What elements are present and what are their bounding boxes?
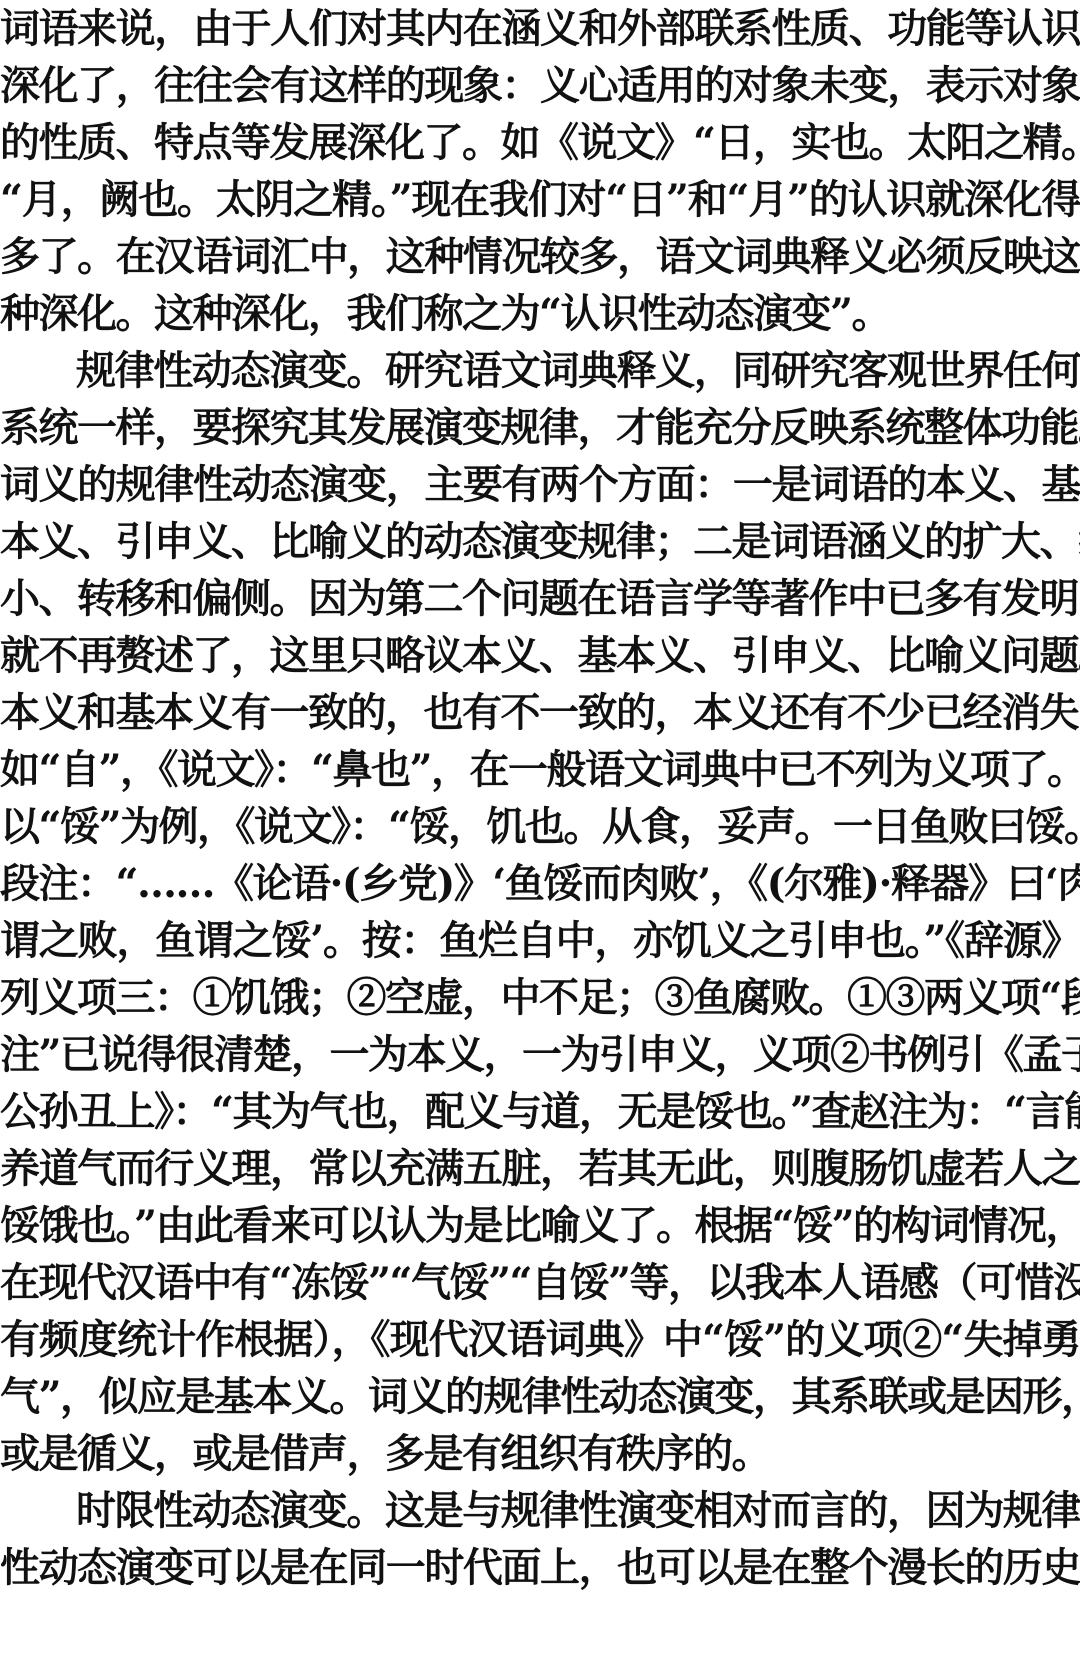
paragraph-heading-line: 规律性动态演变。研究语文词典释义，同研究客观世界任何 [0,342,1080,399]
text-line: 谓之败，鱼谓之馁’。按：鱼烂自中，亦饥义之引申也。”《辞源》 [0,912,1080,969]
text-line: 养道气而行义理，常以充满五脏，若其无此，则腹肠饥虚若人之 [0,1140,1080,1197]
text-line: 段注：“……《论语·(乡党)》‘鱼馁而肉败’，《(尔雅)·释器》曰‘肉 [0,855,1080,912]
text-line: 系统一样，要探究其发展演变规律，才能充分反映系统整体功能。 [0,399,1080,456]
text-line: 或是循义，或是借声，多是有组织有秩序的。 [0,1425,1080,1482]
text-line: 有频度统计作根据），《现代汉语词典》中“馁”的义项②“失掉勇 [0,1311,1080,1368]
text-line: 气”，似应是基本义。词义的规律性动态演变，其系联或是因形， [0,1368,1080,1425]
text-line: 以“馁”为例，《说文》：“馁，饥也。从食，妥声。一日鱼败曰馁。” [0,798,1080,855]
text-line: 馁饿也。”由此看来可以认为是比喻义了。根据“馁”的构词情况， [0,1197,1080,1254]
text-line: 如“自”，《说文》：“鼻也”，在一般语文词典中已不列为义项了。现 [0,741,1080,798]
text-line: 就不再赘述了，这里只略议本义、基本义、引申义、比喻义问题。 [0,627,1080,684]
text-line: “月，阙也。太阴之精。”现在我们对“日”和“月”的认识就深化得 [0,171,1080,228]
text-line: 种深化。这种深化，我们称之为“认识性动态演变”。 [0,285,1080,342]
text-line: 词语来说，由于人们对其内在涵义和外部联系性质、功能等认识 [0,0,1080,57]
text-line: 多了。在汉语词汇中，这种情况较多，语文词典释义必须反映这 [0,228,1080,285]
text-line: 公孙丑上》：“其为气也，配义与道，无是馁也。”查赵注为：“言能 [0,1083,1080,1140]
text-line: 深化了，往往会有这样的现象：义心适用的对象未变，表示对象 [0,57,1080,114]
text-line: 本义、引申义、比喻义的动态演变规律；二是词语涵义的扩大、缩 [0,513,1080,570]
text-line: 在现代汉语中有“冻馁”“气馁”“自馁”等，以我本人语感（可惜没 [0,1254,1080,1311]
text-line: 的性质、特点等发展深化了。如《说文》“日，实也。太阳之精。” [0,114,1080,171]
text-line: 小、转移和偏侧。因为第二个问题在语言学等著作中已多有发明， [0,570,1080,627]
text-line: 注”已说得很清楚，一为本义，一为引申义，义项②书例引《孟子· [0,1026,1080,1083]
text-line: 本义和基本义有一致的，也有不一致的，本义还有不少已经消失， [0,684,1080,741]
text-line: 列义项三：①饥饿；②空虚，中不足；③鱼腐败。①③两义项“段 [0,969,1080,1026]
text-line: 性动态演变可以是在同一时代面上，也可以是在整个漫长的历史 [0,1539,1080,1596]
text-line: 词义的规律性动态演变，主要有两个方面：一是词语的本义、基 [0,456,1080,513]
paragraph-heading-line: 时限性动态演变。这是与规律性演变相对而言的，因为规律 [0,1482,1080,1539]
